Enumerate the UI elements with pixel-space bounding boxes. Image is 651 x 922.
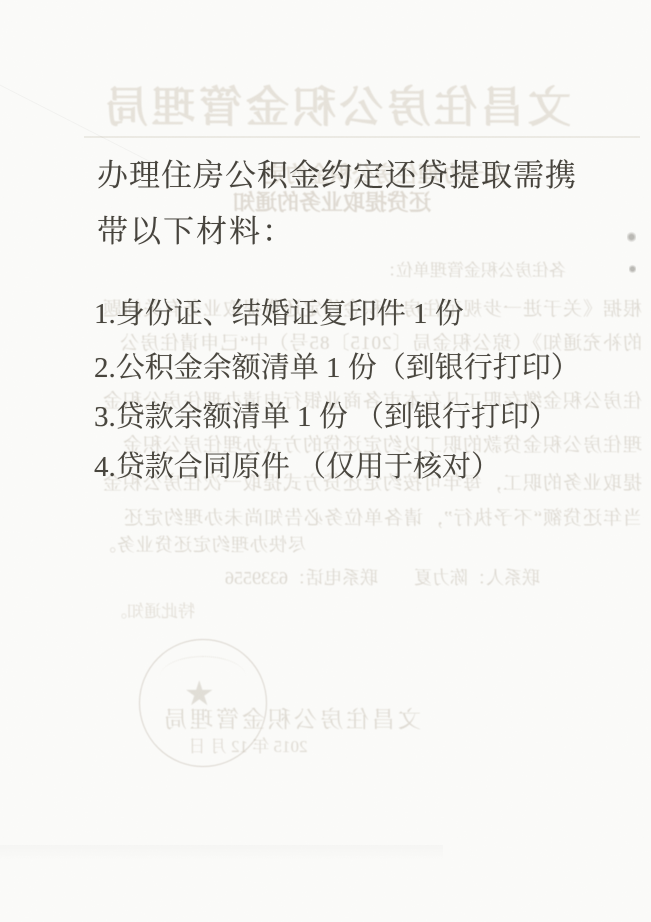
ink-speck bbox=[629, 264, 636, 274]
bleedthrough-body-line: 尽快办理约定还贷业务。 bbox=[101, 531, 306, 557]
notice-heading-line1: 办理住房公积金约定还贷提取需携 bbox=[97, 150, 577, 195]
bleedthrough-notice-close: 特此通知。 bbox=[83, 597, 195, 622]
paper-crease bbox=[0, 0, 202, 164]
material-list-item-4: 4.贷款合同原件 （仅用于核对） bbox=[94, 444, 500, 485]
ink-speck bbox=[627, 231, 636, 243]
notice-heading-line2: 带以下材料： bbox=[97, 206, 295, 251]
scanned-page: 文昌住房公积金管理局 关于办理住房公积金约定 还贷提取业务的通知 各住房公积金管… bbox=[0, 0, 651, 922]
material-list-item-2: 2.公积金余额清单 1 份（到银行打印） bbox=[94, 345, 580, 386]
fold-shadow bbox=[0, 845, 443, 861]
bleedthrough-contact-line: 联系人：陈力夏 联系电话：6339556 bbox=[150, 564, 540, 590]
bleedthrough-salutation: 各住房公积金管理单位： bbox=[370, 256, 566, 281]
material-list-item-3: 3.贷款余额清单 1 份 （到银行打印） bbox=[94, 394, 558, 435]
material-list-item-1: 1.身份证、结婚证复印件 1 份 bbox=[94, 291, 464, 332]
seal-star-icon: ★ bbox=[184, 674, 214, 714]
official-seal-stamp: ★ bbox=[139, 639, 267, 767]
bleedthrough-body-line: 当年还贷额“不予执行”，请各单位务必告知尚未办理约定还 bbox=[64, 503, 642, 530]
